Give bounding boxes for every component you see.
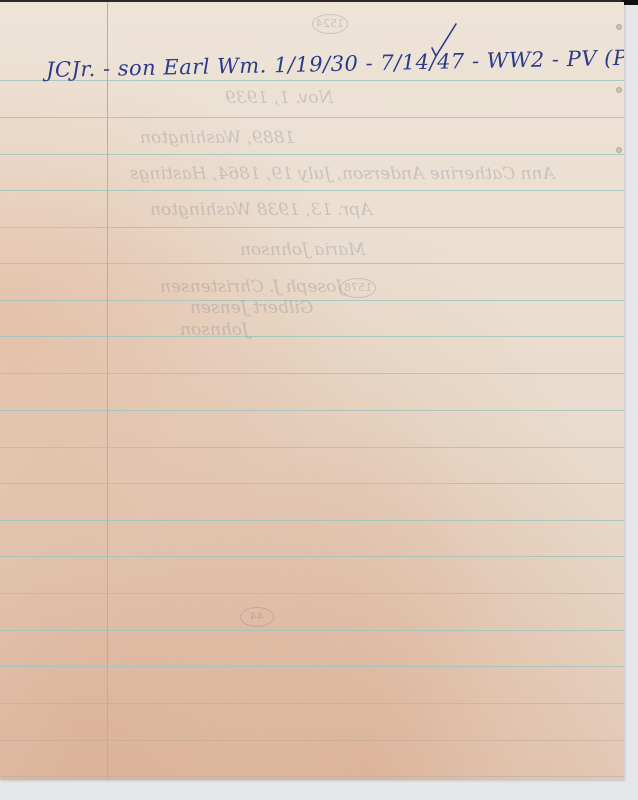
rule-line [0,190,624,191]
bleed-text: Johnson [180,320,249,340]
bleed-text: Nov. 1, 1939 [225,88,333,108]
rule-line [0,630,624,631]
rule-line [0,117,624,118]
bleed-circle-number: 44 [240,607,274,627]
rule-line [0,666,624,667]
binder-hole [616,24,622,30]
rule-line [0,336,624,337]
rule-line [0,154,624,155]
bleed-circle-number: 1578 [340,278,376,298]
rule-line [0,410,624,411]
handwritten-entry-part2: WW2 - PV (PT - 7/17/47 [486,43,624,72]
rule-line [0,373,624,374]
notebook-page: 1524 Nov. 1, 1939 1889, Washington Ann C… [0,2,624,780]
scanner-corner [622,0,638,5]
rule-line [0,593,624,594]
handwritten-entry-part1: JCJr. - son Earl Wm. 1/19/30 - 7/14/47 - [46,49,487,82]
red-margin-line [107,2,108,780]
binder-hole [616,87,622,93]
rule-line [0,740,624,741]
bleed-text: Joseph J. Christensen [160,277,343,297]
rule-line [0,776,624,777]
bleed-circle-number: 1524 [312,14,348,34]
bleed-text: 1889, Washington [140,128,295,148]
rule-line [0,703,624,704]
rule-line [0,520,624,521]
binder-hole [616,147,622,153]
rule-line [0,263,624,264]
rule-line [0,447,624,448]
bleed-text: Maria Johnson [240,240,366,260]
rule-line [0,227,624,228]
rule-line [0,483,624,484]
bleed-text: Ann Catherine Anderson, July 19, 1864, H… [130,164,555,184]
rule-line [0,556,624,557]
bleed-text: Gilbert Jensen [190,298,313,318]
check-mark-icon [430,20,460,60]
handwritten-entry: JCJr. - son Earl Wm. 1/19/30 - 7/14/47 -… [46,43,624,82]
bleed-text: Apr. 13, 1938 Washington [150,200,372,220]
